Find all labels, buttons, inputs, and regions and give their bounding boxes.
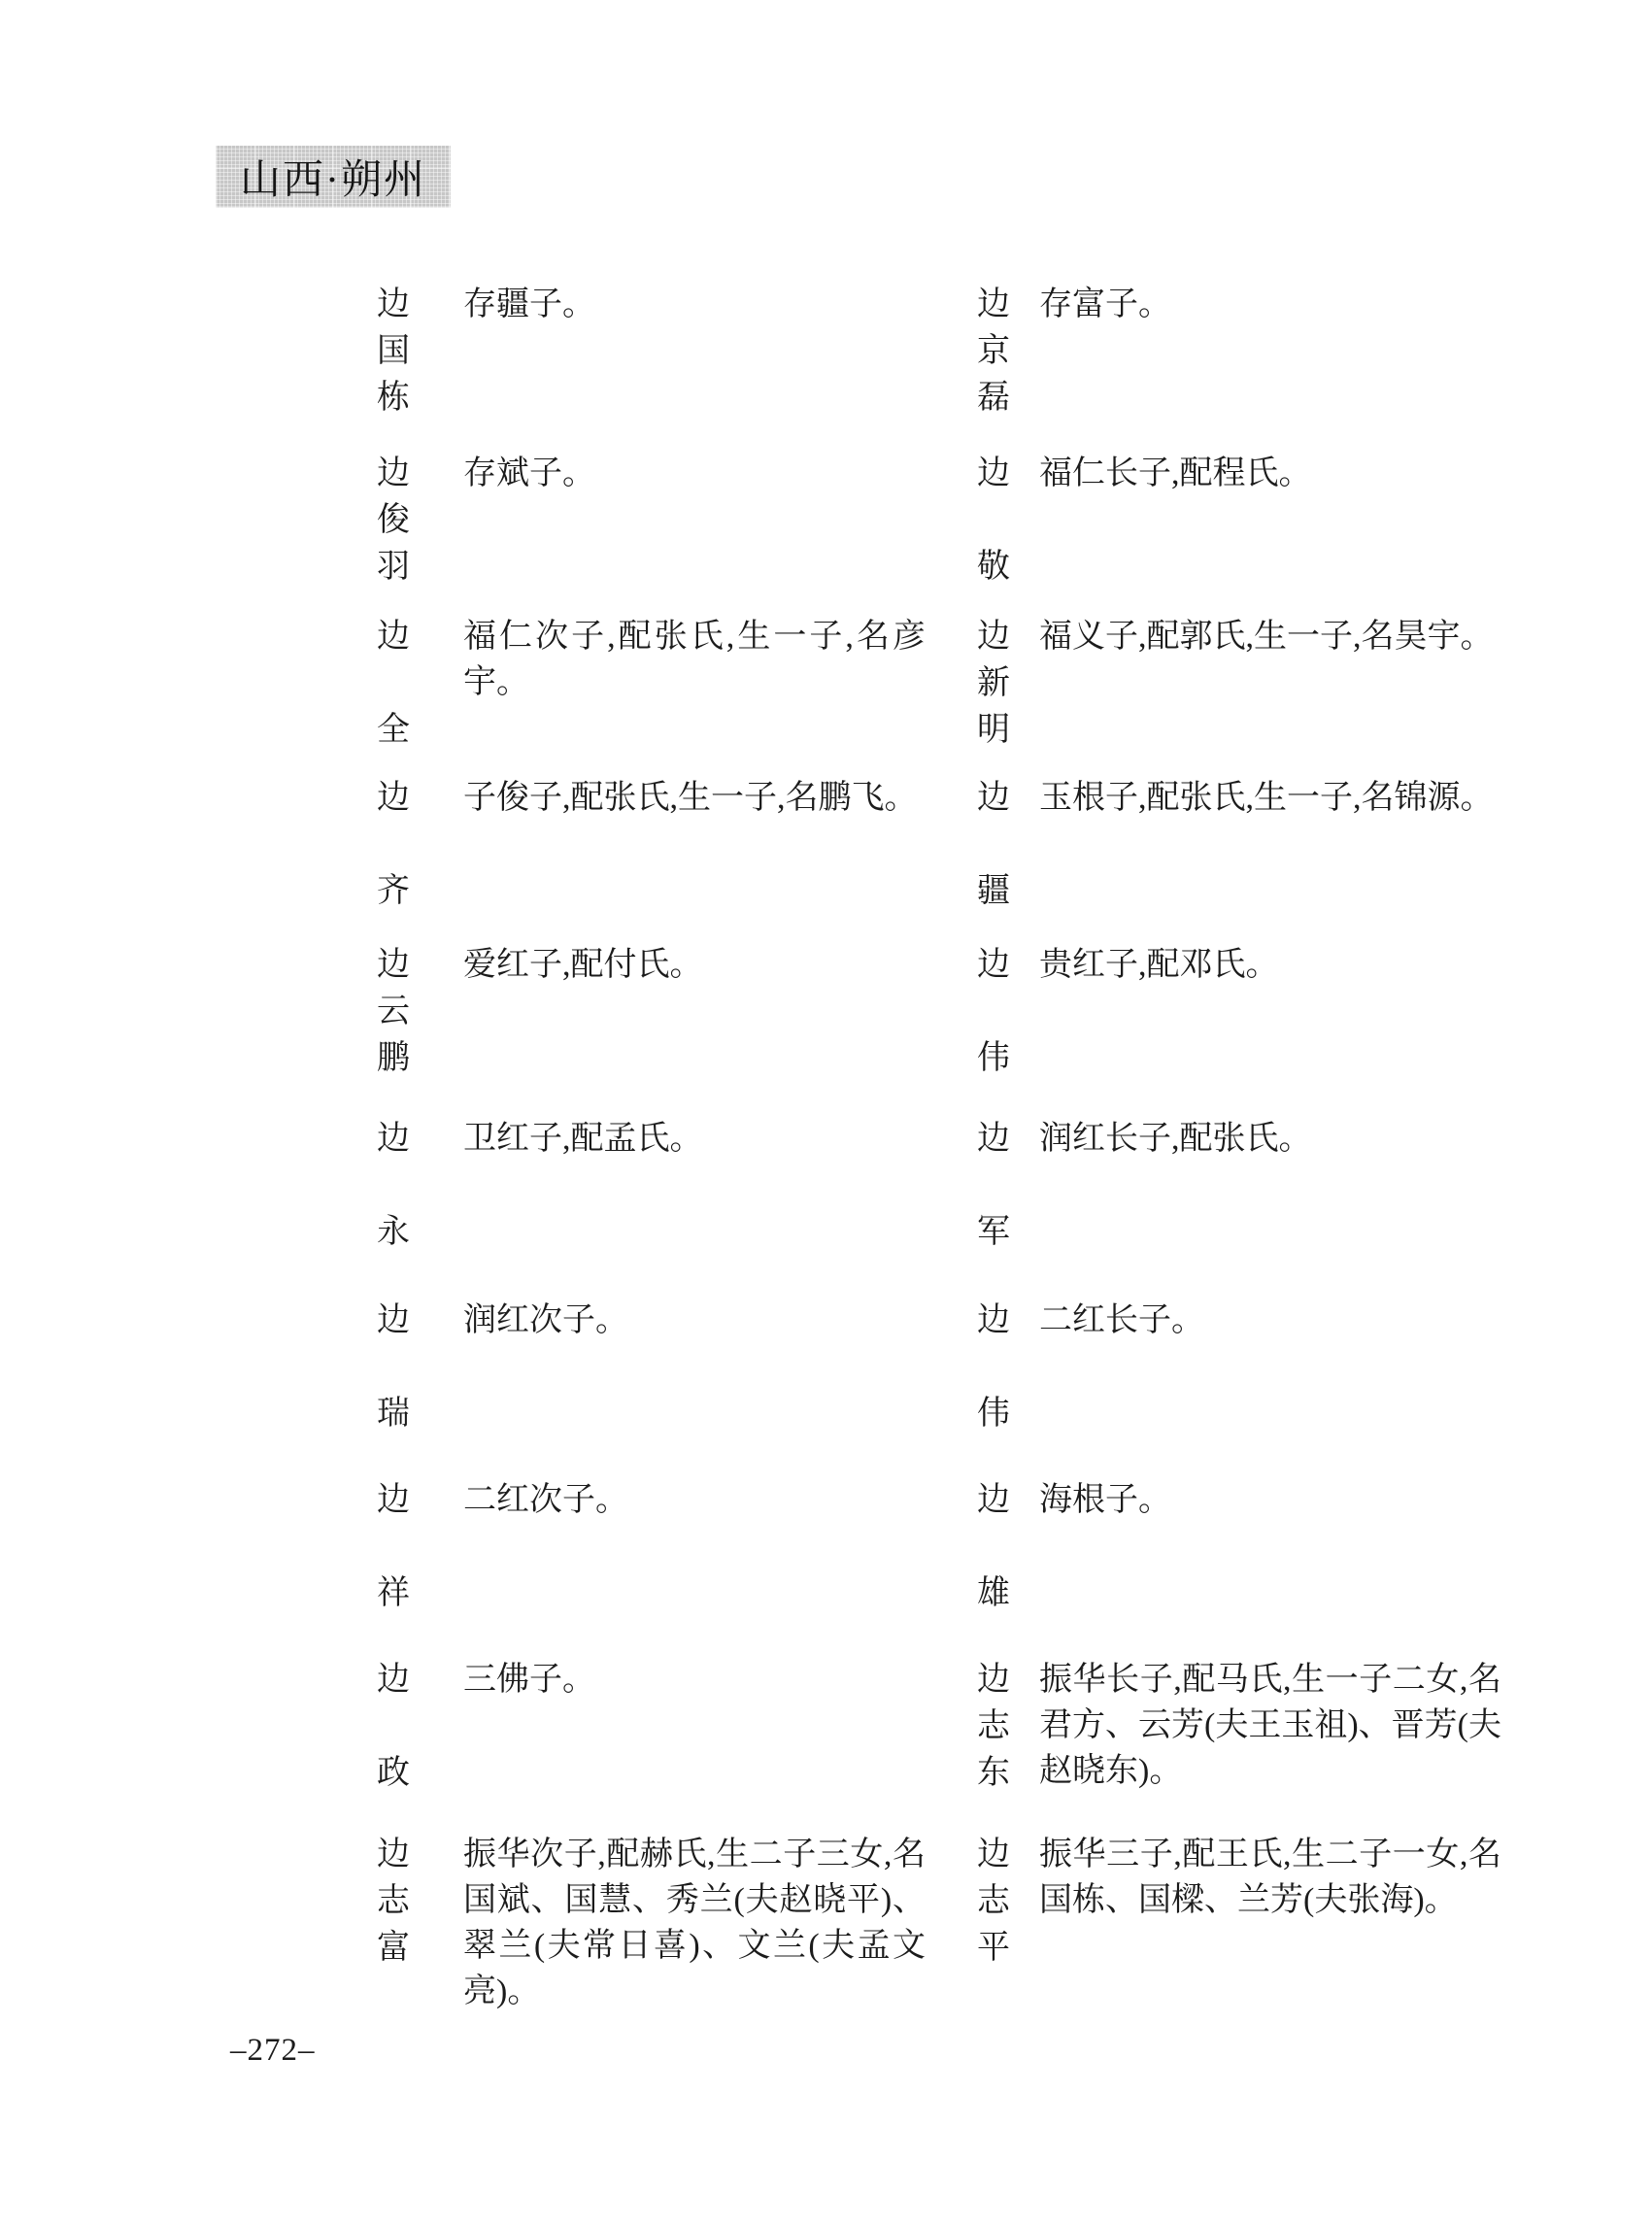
genealogy-entry: 边 瑞 润红次子。 (372, 1298, 926, 1437)
entry-name: 边 政 (372, 1657, 415, 1797)
name-char: 敬 (977, 544, 1010, 590)
name-char: 边 (977, 1298, 1010, 1344)
entry-text: 二红长子。 (1039, 1298, 1501, 1343)
name-char: 全 (377, 707, 410, 754)
name-char: 齐 (377, 868, 410, 915)
name-char: 边 (977, 775, 1010, 822)
entry-name: 边 云 鹏 (372, 942, 415, 1082)
name-char: 边 (977, 614, 1010, 660)
entry-name: 边 新 明 (972, 614, 1015, 754)
name-char: 京 (977, 328, 1010, 375)
name-char: 政 (377, 1750, 410, 1797)
name-char: 平 (977, 1925, 1010, 1972)
entry-text: 爱红子,配付氏。 (463, 942, 926, 988)
genealogy-entry: 边 雄 海根子。 (972, 1477, 1501, 1617)
entry-name: 边 齐 (372, 775, 415, 915)
name-char: 边 (977, 282, 1010, 328)
genealogy-entry: 边 云 鹏 爱红子,配付氏。 (372, 942, 926, 1082)
name-char: 俊 (377, 497, 410, 544)
entry-name: 边 伟 (972, 1298, 1015, 1437)
genealogy-entry: 边 齐 子俊子,配张氏,生一子,名鹏飞。 (372, 775, 926, 915)
name-char: 富 (377, 1925, 410, 1972)
name-char: 瑞 (377, 1391, 410, 1437)
entry-name: 边 志 东 (972, 1657, 1015, 1797)
name-char: 边 (377, 1298, 410, 1344)
genealogy-entry: 边 新 明 福义子,配郭氏,生一子,名昊宇。 (972, 614, 1501, 754)
entry-name: 边 伟 (972, 942, 1015, 1082)
genealogy-entry: 边 全 福仁次子,配张氏,生一子,名彦宇。 (372, 614, 926, 754)
entry-text: 振华长子,配马氏,生一子二女,名君方、云芳(夫王玉祖)、晋芳(夫赵晓东)。 (1039, 1657, 1501, 1794)
entry-name: 边 瑞 (372, 1298, 415, 1437)
name-char: 国 (377, 328, 410, 375)
name-char: 伟 (977, 1035, 1010, 1082)
genealogy-entry: 边 国 栋 存疆子。 (372, 282, 926, 422)
name-char: 磊 (977, 375, 1010, 422)
entry-text: 贵红子,配邓氏。 (1039, 942, 1501, 988)
name-char: 明 (977, 707, 1010, 754)
name-char: 东 (977, 1750, 1010, 1797)
entry-name: 边 全 (372, 614, 415, 754)
entry-name: 边 志 平 (972, 1832, 1015, 1972)
name-char: 志 (377, 1878, 410, 1925)
name-char: 志 (977, 1703, 1010, 1750)
genealogy-entry: 边 京 磊 存富子。 (972, 282, 1501, 422)
entry-text: 存疆子。 (463, 282, 926, 327)
entry-text: 润红次子。 (463, 1298, 926, 1343)
genealogy-entry: 边 政 三佛子。 (372, 1657, 926, 1797)
entry-name: 边 军 (972, 1116, 1015, 1256)
entry-name: 边 永 (372, 1116, 415, 1256)
name-char: 鹏 (377, 1035, 410, 1082)
book-page: 山西·朔州 边 国 栋 存疆子。 边 俊 羽 存斌子。 边 全 福仁次子,配张氏… (0, 0, 1652, 2226)
entry-text: 福义子,配郭氏,生一子,名昊宇。 (1039, 614, 1501, 659)
name-char: 永 (377, 1209, 410, 1256)
name-char: 伟 (977, 1391, 1010, 1437)
name-char: 边 (977, 451, 1010, 497)
entry-text: 卫红子,配孟氏。 (463, 1116, 926, 1162)
entry-name: 边 雄 (972, 1477, 1015, 1617)
name-char: 云 (377, 989, 410, 1035)
genealogy-entry: 边 伟 贵红子,配邓氏。 (972, 942, 1501, 1082)
genealogy-entry: 边 伟 二红长子。 (972, 1298, 1501, 1437)
name-char: 边 (977, 1116, 1010, 1163)
genealogy-entry: 边 疆 玉根子,配张氏,生一子,名锦源。 (972, 775, 1501, 915)
name-char: 边 (377, 1832, 410, 1878)
genealogy-entry: 边 敬 福仁长子,配程氏。 (972, 451, 1501, 590)
entry-name: 边 敬 (972, 451, 1015, 590)
name-char: 栋 (377, 375, 410, 422)
name-char: 军 (977, 1209, 1010, 1256)
name-char: 边 (977, 1832, 1010, 1878)
entry-name: 边 志 富 (372, 1832, 415, 1972)
name-char: 边 (377, 614, 410, 660)
entry-text: 福仁长子,配程氏。 (1039, 451, 1501, 496)
name-char: 边 (977, 1657, 1010, 1703)
name-char: 新 (977, 660, 1010, 707)
entry-text: 玉根子,配张氏,生一子,名锦源。 (1039, 775, 1501, 821)
name-char: 边 (377, 1477, 410, 1524)
genealogy-entry: 边 俊 羽 存斌子。 (372, 451, 926, 590)
entry-text: 三佛子。 (463, 1657, 926, 1703)
entry-text: 海根子。 (1039, 1477, 1501, 1523)
entry-text: 福仁次子,配张氏,生一子,名彦宇。 (463, 614, 926, 705)
name-char: 疆 (977, 868, 1010, 915)
genealogy-entry: 边 志 富 振华次子,配赫氏,生二子三女,名国斌、国慧、秀兰(夫赵晓平)、翠兰(… (372, 1832, 926, 2014)
name-char: 羽 (377, 544, 410, 590)
name-char: 边 (377, 1116, 410, 1163)
entry-name: 边 祥 (372, 1477, 415, 1617)
header-badge: 山西·朔州 (216, 146, 451, 208)
genealogy-entry: 边 军 润红长子,配张氏。 (972, 1116, 1501, 1256)
name-char: 祥 (377, 1570, 410, 1617)
name-char: 边 (377, 451, 410, 497)
name-char: 边 (377, 282, 410, 328)
name-char: 边 (377, 1657, 410, 1703)
entry-name: 边 俊 羽 (372, 451, 415, 590)
genealogy-entry: 边 永 卫红子,配孟氏。 (372, 1116, 926, 1256)
entry-name: 边 疆 (972, 775, 1015, 915)
header-title: 山西·朔州 (240, 148, 426, 206)
entry-name: 边 国 栋 (372, 282, 415, 422)
name-char: 边 (377, 942, 410, 989)
name-char: 志 (977, 1878, 1010, 1925)
genealogy-entry: 边 志 东 振华长子,配马氏,生一子二女,名君方、云芳(夫王玉祖)、晋芳(夫赵晓… (972, 1657, 1501, 1797)
name-char: 边 (977, 942, 1010, 989)
genealogy-entry: 边 志 平 振华三子,配王氏,生二子一女,名国栋、国樑、兰芳(夫张海)。 (972, 1832, 1501, 1972)
entry-text: 存富子。 (1039, 282, 1501, 327)
entry-text: 存斌子。 (463, 451, 926, 496)
name-char: 边 (377, 775, 410, 822)
entry-text: 振华三子,配王氏,生二子一女,名国栋、国樑、兰芳(夫张海)。 (1039, 1832, 1501, 1923)
page-number: –272– (230, 2033, 316, 2069)
genealogy-entry: 边 祥 二红次子。 (372, 1477, 926, 1617)
entry-text: 振华次子,配赫氏,生二子三女,名国斌、国慧、秀兰(夫赵晓平)、翠兰(夫常日喜)、… (463, 1832, 926, 2014)
entry-text: 润红长子,配张氏。 (1039, 1116, 1501, 1162)
entry-text: 子俊子,配张氏,生一子,名鹏飞。 (463, 775, 926, 821)
entry-text: 二红次子。 (463, 1477, 926, 1523)
name-char: 雄 (977, 1570, 1010, 1617)
entry-name: 边 京 磊 (972, 282, 1015, 422)
name-char: 边 (977, 1477, 1010, 1524)
